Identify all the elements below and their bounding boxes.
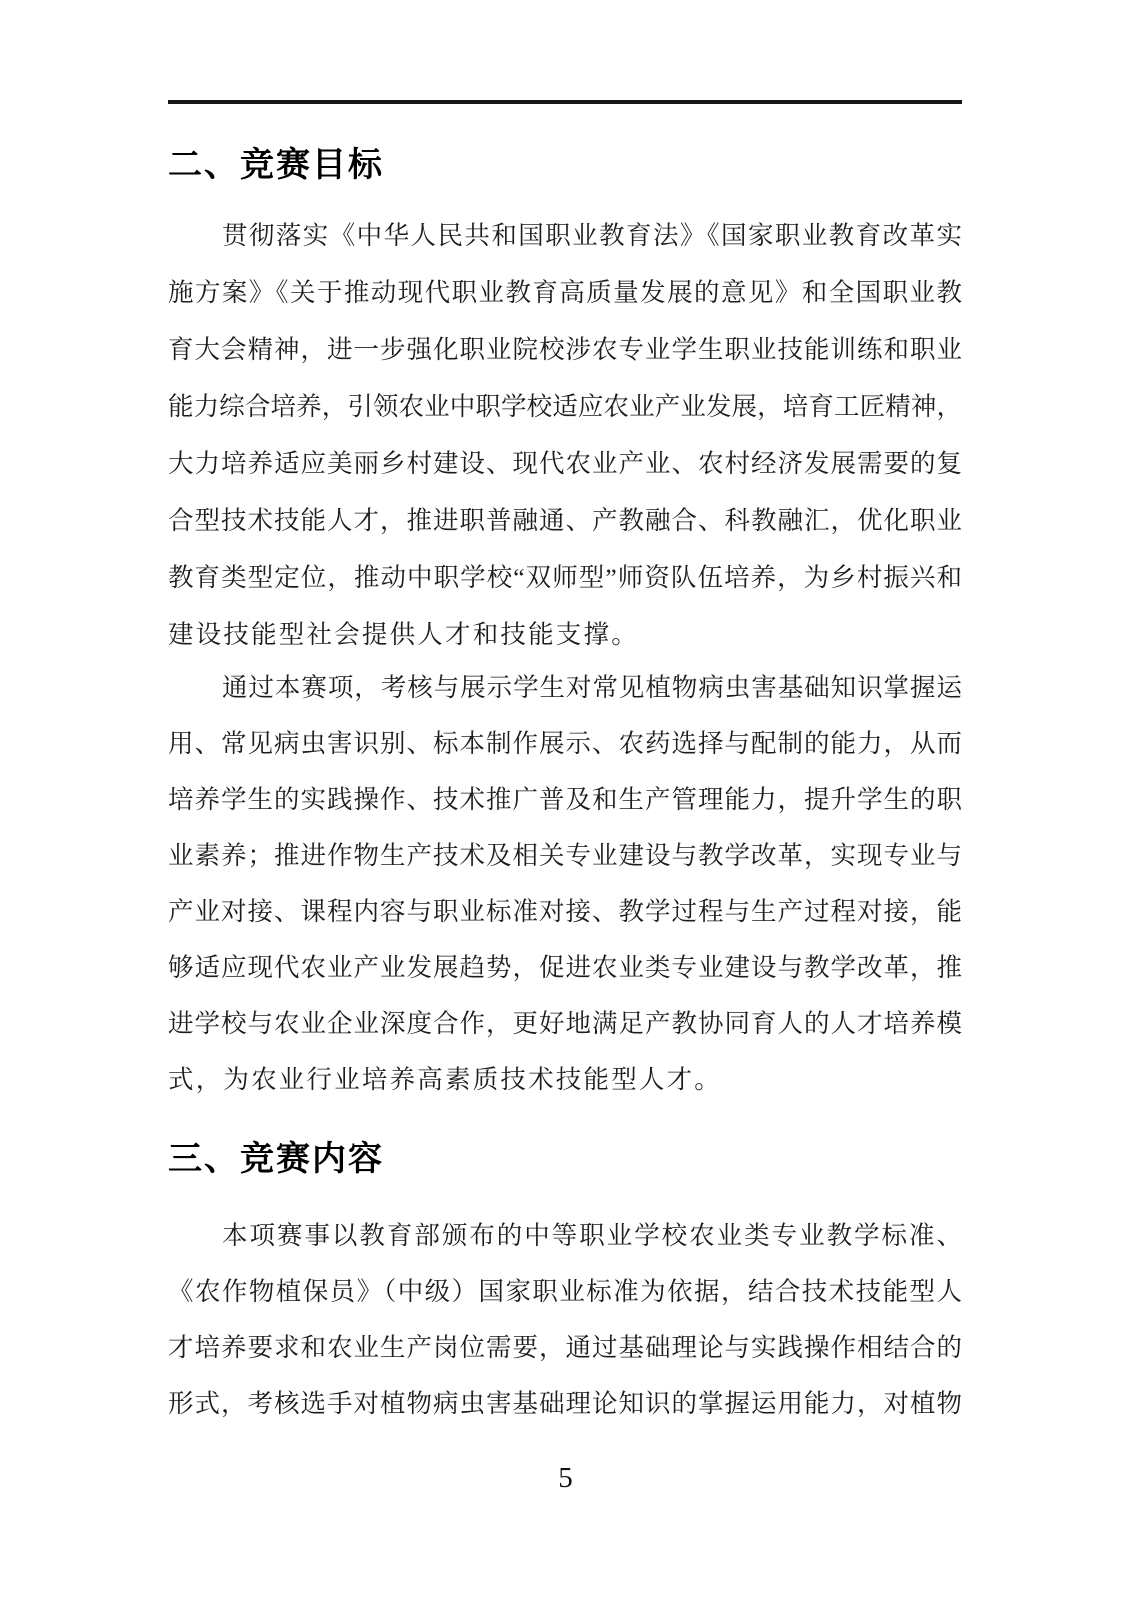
text-line: 才培养要求和农业生产岗位需要，通过基础理论与实践操作相结合的 [168,1320,962,1376]
document-page: 二、竞赛目标 贯彻落实《中华人民共和国职业教育法》《国家职业教育改革实 施方案》… [0,0,1131,1600]
text-line: 用、常见病虫害识别、标本制作展示、农药选择与配制的能力，从而 [168,716,962,772]
text-line: 本项赛事以教育部颁布的中等职业学校农业类专业教学标准、 [168,1208,962,1264]
text-line: 式，为农业行业培养高素质技术技能型人才。 [168,1052,962,1108]
text-line: 大力培养适应美丽乡村建设、现代农业产业、农村经济发展需要的复 [168,435,962,492]
page-number: 5 [0,1460,1131,1496]
text-line: 形式，考核选手对植物病虫害基础理论知识的掌握运用能力，对植物 [168,1376,962,1432]
paragraph: 本项赛事以教育部颁布的中等职业学校农业类专业教学标准、 《农作物植保员》（中级）… [168,1208,962,1432]
text-line: 施方案》《关于推动现代职业教育高质量发展的意见》和全国职业教 [168,264,962,321]
text-line: 能力综合培养，引领农业中职学校适应农业产业发展，培育工匠精神， [168,378,962,435]
text-line: 培养学生的实践操作、技术推广普及和生产管理能力，提升学生的职 [168,772,962,828]
paragraph: 贯彻落实《中华人民共和国职业教育法》《国家职业教育改革实 施方案》《关于推动现代… [168,207,962,663]
header-divider-rule [168,100,962,104]
text-line: 教育类型定位，推动中职学校“双师型”师资队伍培养，为乡村振兴和 [168,549,962,606]
text-line: 通过本赛项，考核与展示学生对常见植物病虫害基础知识掌握运 [168,660,962,716]
paragraph: 通过本赛项，考核与展示学生对常见植物病虫害基础知识掌握运 用、常见病虫害识别、标… [168,660,962,1108]
text-line: 贯彻落实《中华人民共和国职业教育法》《国家职业教育改革实 [168,207,962,264]
text-line: 合型技术技能人才，推进职普融通、产教融合、科教融汇，优化职业 [168,492,962,549]
text-line: 建设技能型社会提供人才和技能支撑。 [168,606,962,663]
text-line: 够适应现代农业产业发展趋势，促进农业类专业建设与教学改革，推 [168,940,962,996]
text-line: 业素养；推进作物生产技术及相关专业建设与教学改革，实现专业与 [168,828,962,884]
section-heading-competition-goals: 二、竞赛目标 [168,146,962,184]
section-heading-competition-content: 三、竞赛内容 [168,1140,962,1178]
text-line: 产业对接、课程内容与职业标准对接、教学过程与生产过程对接，能 [168,884,962,940]
text-line: 育大会精神，进一步强化职业院校涉农专业学生职业技能训练和职业 [168,321,962,378]
text-line: 《农作物植保员》（中级）国家职业标准为依据，结合技术技能型人 [168,1264,962,1320]
text-line: 进学校与农业企业深度合作，更好地满足产教协同育人的人才培养模 [168,996,962,1052]
